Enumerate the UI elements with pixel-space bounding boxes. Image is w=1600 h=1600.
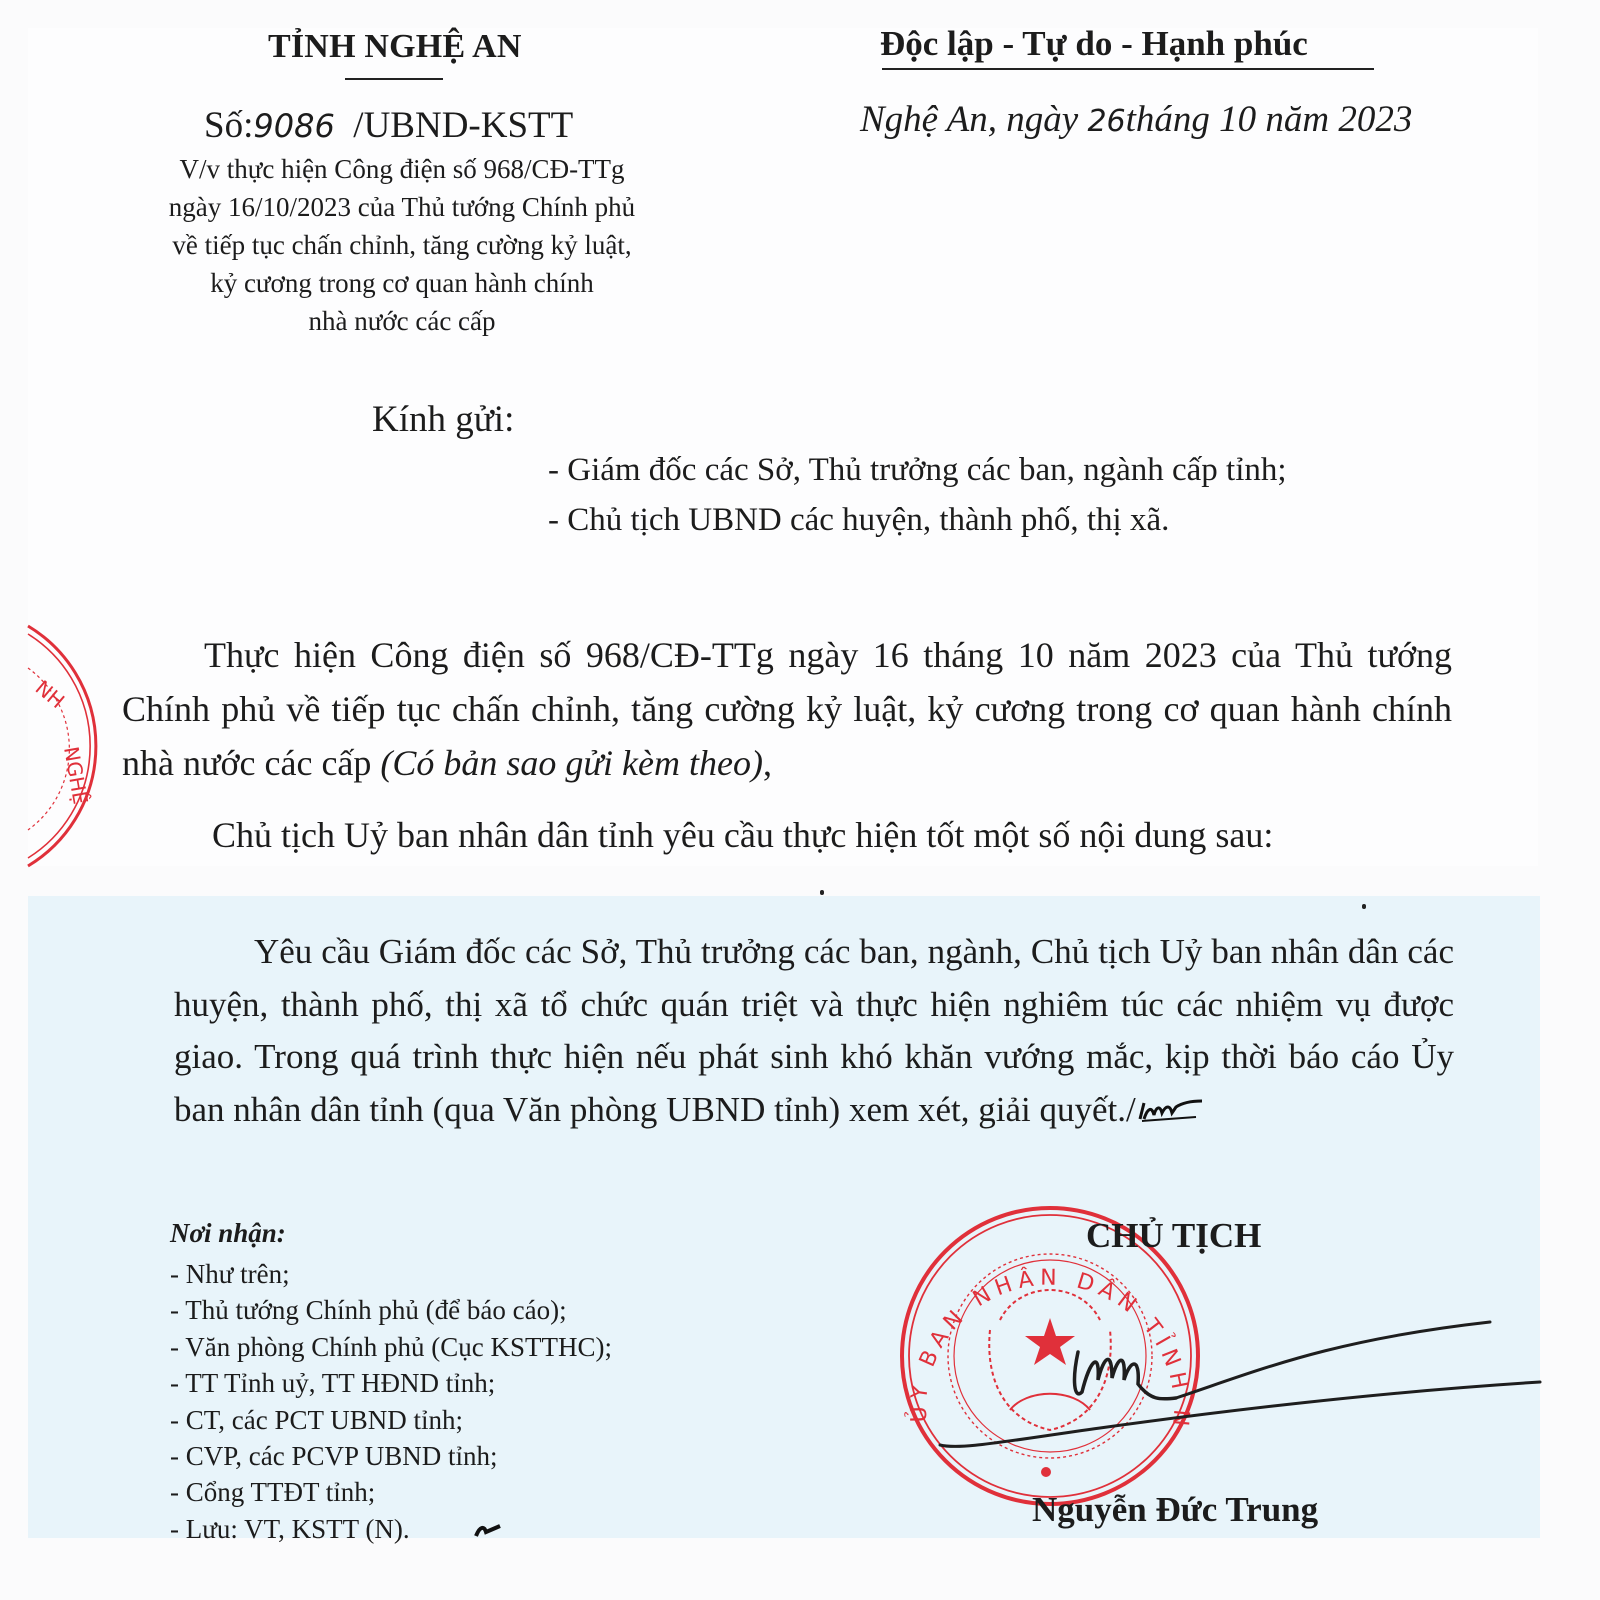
scan-speck [1362,904,1366,909]
recipient-item: - CT, các PCT UBND tỉnh; [170,1402,612,1438]
body-paragraph-3: Yêu cầu Giám đốc các Sở, Thủ trưởng các … [174,926,1454,1136]
subject-line: ngày 16/10/2023 của Thủ tướng Chính phủ [112,188,692,226]
scan-speck [820,890,824,895]
recipient-item: - Cổng TTĐT tỉnh; [170,1474,612,1510]
initials-mark-icon [1136,1097,1206,1125]
body-paragraph-1: Thực hiện Công điện số 968/CĐ-TTg ngày 1… [122,628,1452,790]
motto-underline [882,68,1374,70]
recipient-item: - Thủ tướng Chính phủ (để báo cáo); [170,1292,612,1328]
initials-mark-icon [474,1522,502,1538]
doc-number-label: Số: [204,105,253,146]
recipient-item: - CVP, các PCVP UBND tỉnh; [170,1438,612,1474]
doc-number-suffix: /UBND-KSTT [353,105,573,146]
province-name: TỈNH NGHỆ AN [268,28,522,66]
signer-name: Nguyễn Đức Trung [1032,1490,1318,1530]
document-subject: V/v thực hiện Công điện số 968/CĐ-TTg ng… [112,150,692,340]
addressee-label: Kính gửi: [372,398,514,441]
province-underline [345,78,443,80]
date-day-handwritten: 26 [1087,104,1125,139]
paragraph-text: Thực hiện Công điện số 968/CĐ-TTg ngày 1… [122,635,1452,783]
doc-number-handwritten: 9086 [253,107,334,145]
addressee-item: - Giám đốc các Sở, Thủ trưởng các ban, n… [548,452,1287,489]
paragraph-text: Yêu cầu Giám đốc các Sở, Thủ trưởng các … [174,932,1454,1129]
addressee-item: - Chủ tịch UBND các huyện, thành phố, th… [548,502,1169,539]
recipients-list: - Như trên; - Thủ tướng Chính phủ (để bá… [170,1256,612,1547]
recipients-title: Nơi nhận: [170,1218,286,1249]
document-number: Số:9086 /UBND-KSTT [204,104,573,147]
signer-title: CHỦ TỊCH [1086,1216,1261,1256]
national-motto: Độc lập - Tự do - Hạnh phúc [880,24,1308,64]
recipient-item: - TT Tỉnh uỷ, TT HĐND tỉnh; [170,1365,612,1401]
body-paragraph-2: Chủ tịch Uỷ ban nhân dân tỉnh yêu cầu th… [212,808,1273,862]
date-suffix: tháng 10 năm 2023 [1126,99,1413,140]
paragraph-italic-note: (Có bản sao gửi kèm theo) [380,743,763,783]
subject-line: về tiếp tục chấn chỉnh, tăng cường kỷ lu… [112,226,692,264]
subject-line: V/v thực hiện Công điện số 968/CĐ-TTg [112,150,692,188]
recipient-item: - Như trên; [170,1256,612,1292]
paragraph-end: , [763,743,772,783]
subject-line: nhà nước các cấp [112,302,692,340]
recipient-item: - Lưu: VT, KSTT (N). [170,1511,612,1547]
date-line: Nghệ An, ngày 26tháng 10 năm 2023 [860,98,1412,141]
recipient-item: - Văn phòng Chính phủ (Cục KSTTHC); [170,1329,612,1365]
subject-line: kỷ cương trong cơ quan hành chính [112,264,692,302]
date-prefix: Nghệ An, ngày [860,99,1078,140]
